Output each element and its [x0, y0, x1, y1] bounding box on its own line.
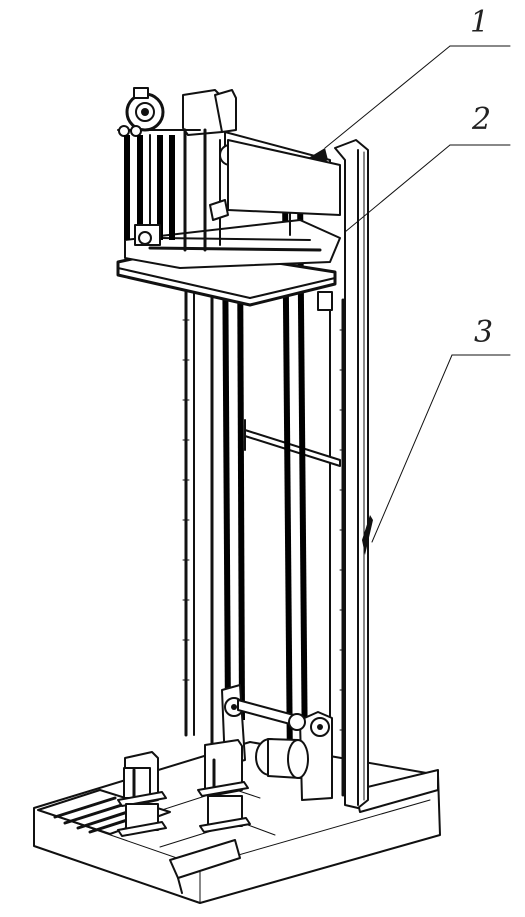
vertical-guide-column — [335, 140, 373, 808]
callout-label-2: 2 — [472, 105, 491, 135]
callout-leader-2 — [345, 145, 510, 232]
base-motor — [256, 739, 308, 778]
gear-motor-left — [118, 752, 166, 836]
callout-label-1: 1 — [470, 8, 489, 38]
top-drive-motor — [118, 88, 236, 136]
callout-leader-3 — [372, 355, 510, 542]
lift-mechanism-drawing — [0, 0, 525, 917]
callout-label-3: 3 — [474, 318, 493, 348]
